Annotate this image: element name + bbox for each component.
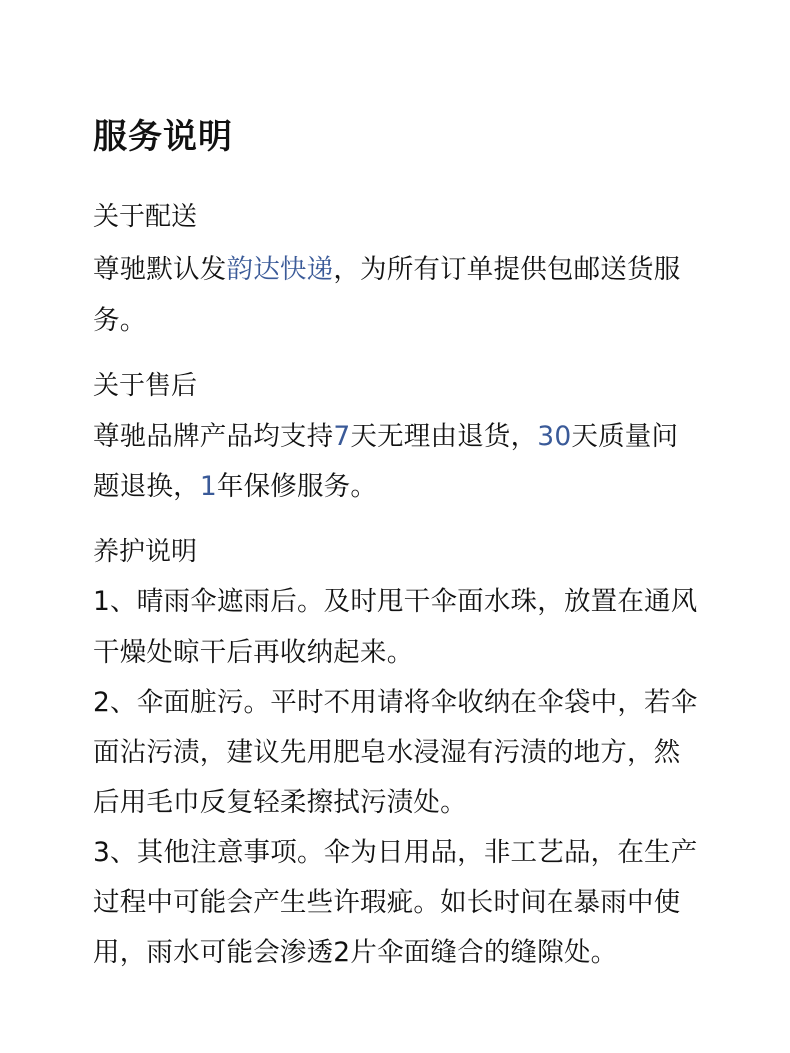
care-line: 2、伞面脏污。平时不用请将伞收纳在伞袋中，若伞 bbox=[93, 683, 697, 723]
text-segment: 年保修服务。 bbox=[217, 471, 377, 502]
text-segment: 题退换， bbox=[93, 471, 200, 502]
text-segment: 天无理由退货， bbox=[350, 421, 537, 452]
after-sales-heading: 关于售后 bbox=[93, 366, 197, 406]
courier-highlight: 韵达快递 bbox=[227, 254, 334, 285]
delivery-heading: 关于配送 bbox=[93, 197, 197, 237]
care-heading: 养护说明 bbox=[93, 532, 197, 572]
care-line: 3、其他注意事项。伞为日用品，非工艺品，在生产 bbox=[93, 833, 697, 873]
warranty-years-highlight: 1 bbox=[200, 471, 217, 502]
text-segment: 尊驰默认发 bbox=[93, 254, 227, 285]
care-line: 用，雨水可能会渗透2片伞面缝合的缝隙处。 bbox=[93, 933, 617, 973]
text-segment: 天质量问 bbox=[571, 421, 678, 452]
care-line: 过程中可能会产生些许瑕疵。如长时间在暴雨中使 bbox=[93, 883, 680, 923]
delivery-text-line-1: 尊驰默认发韵达快递，为所有订单提供包邮送货服 bbox=[93, 250, 680, 290]
care-line: 面沾污渍，建议先用肥皂水浸湿有污渍的地方，然 bbox=[93, 733, 680, 773]
after-sales-text-line-1: 尊驰品牌产品均支持7天无理由退货，30天质量问 bbox=[93, 417, 678, 457]
delivery-text-line-2: 务。 bbox=[93, 301, 146, 341]
page-title: 服务说明 bbox=[93, 112, 233, 162]
after-sales-text-line-2: 题退换，1年保修服务。 bbox=[93, 467, 377, 507]
care-line: 干燥处晾干后再收纳起来。 bbox=[93, 633, 413, 673]
text-segment: 尊驰品牌产品均支持 bbox=[93, 421, 333, 452]
text-segment: ，为所有订单提供包邮送货服 bbox=[333, 254, 680, 285]
care-line: 1、晴雨伞遮雨后。及时甩干伞面水珠，放置在通风 bbox=[93, 582, 697, 622]
quality-days-highlight: 30 bbox=[537, 421, 571, 452]
care-line: 后用毛巾反复轻柔擦拭污渍处。 bbox=[93, 783, 467, 823]
return-days-highlight: 7 bbox=[333, 421, 350, 452]
